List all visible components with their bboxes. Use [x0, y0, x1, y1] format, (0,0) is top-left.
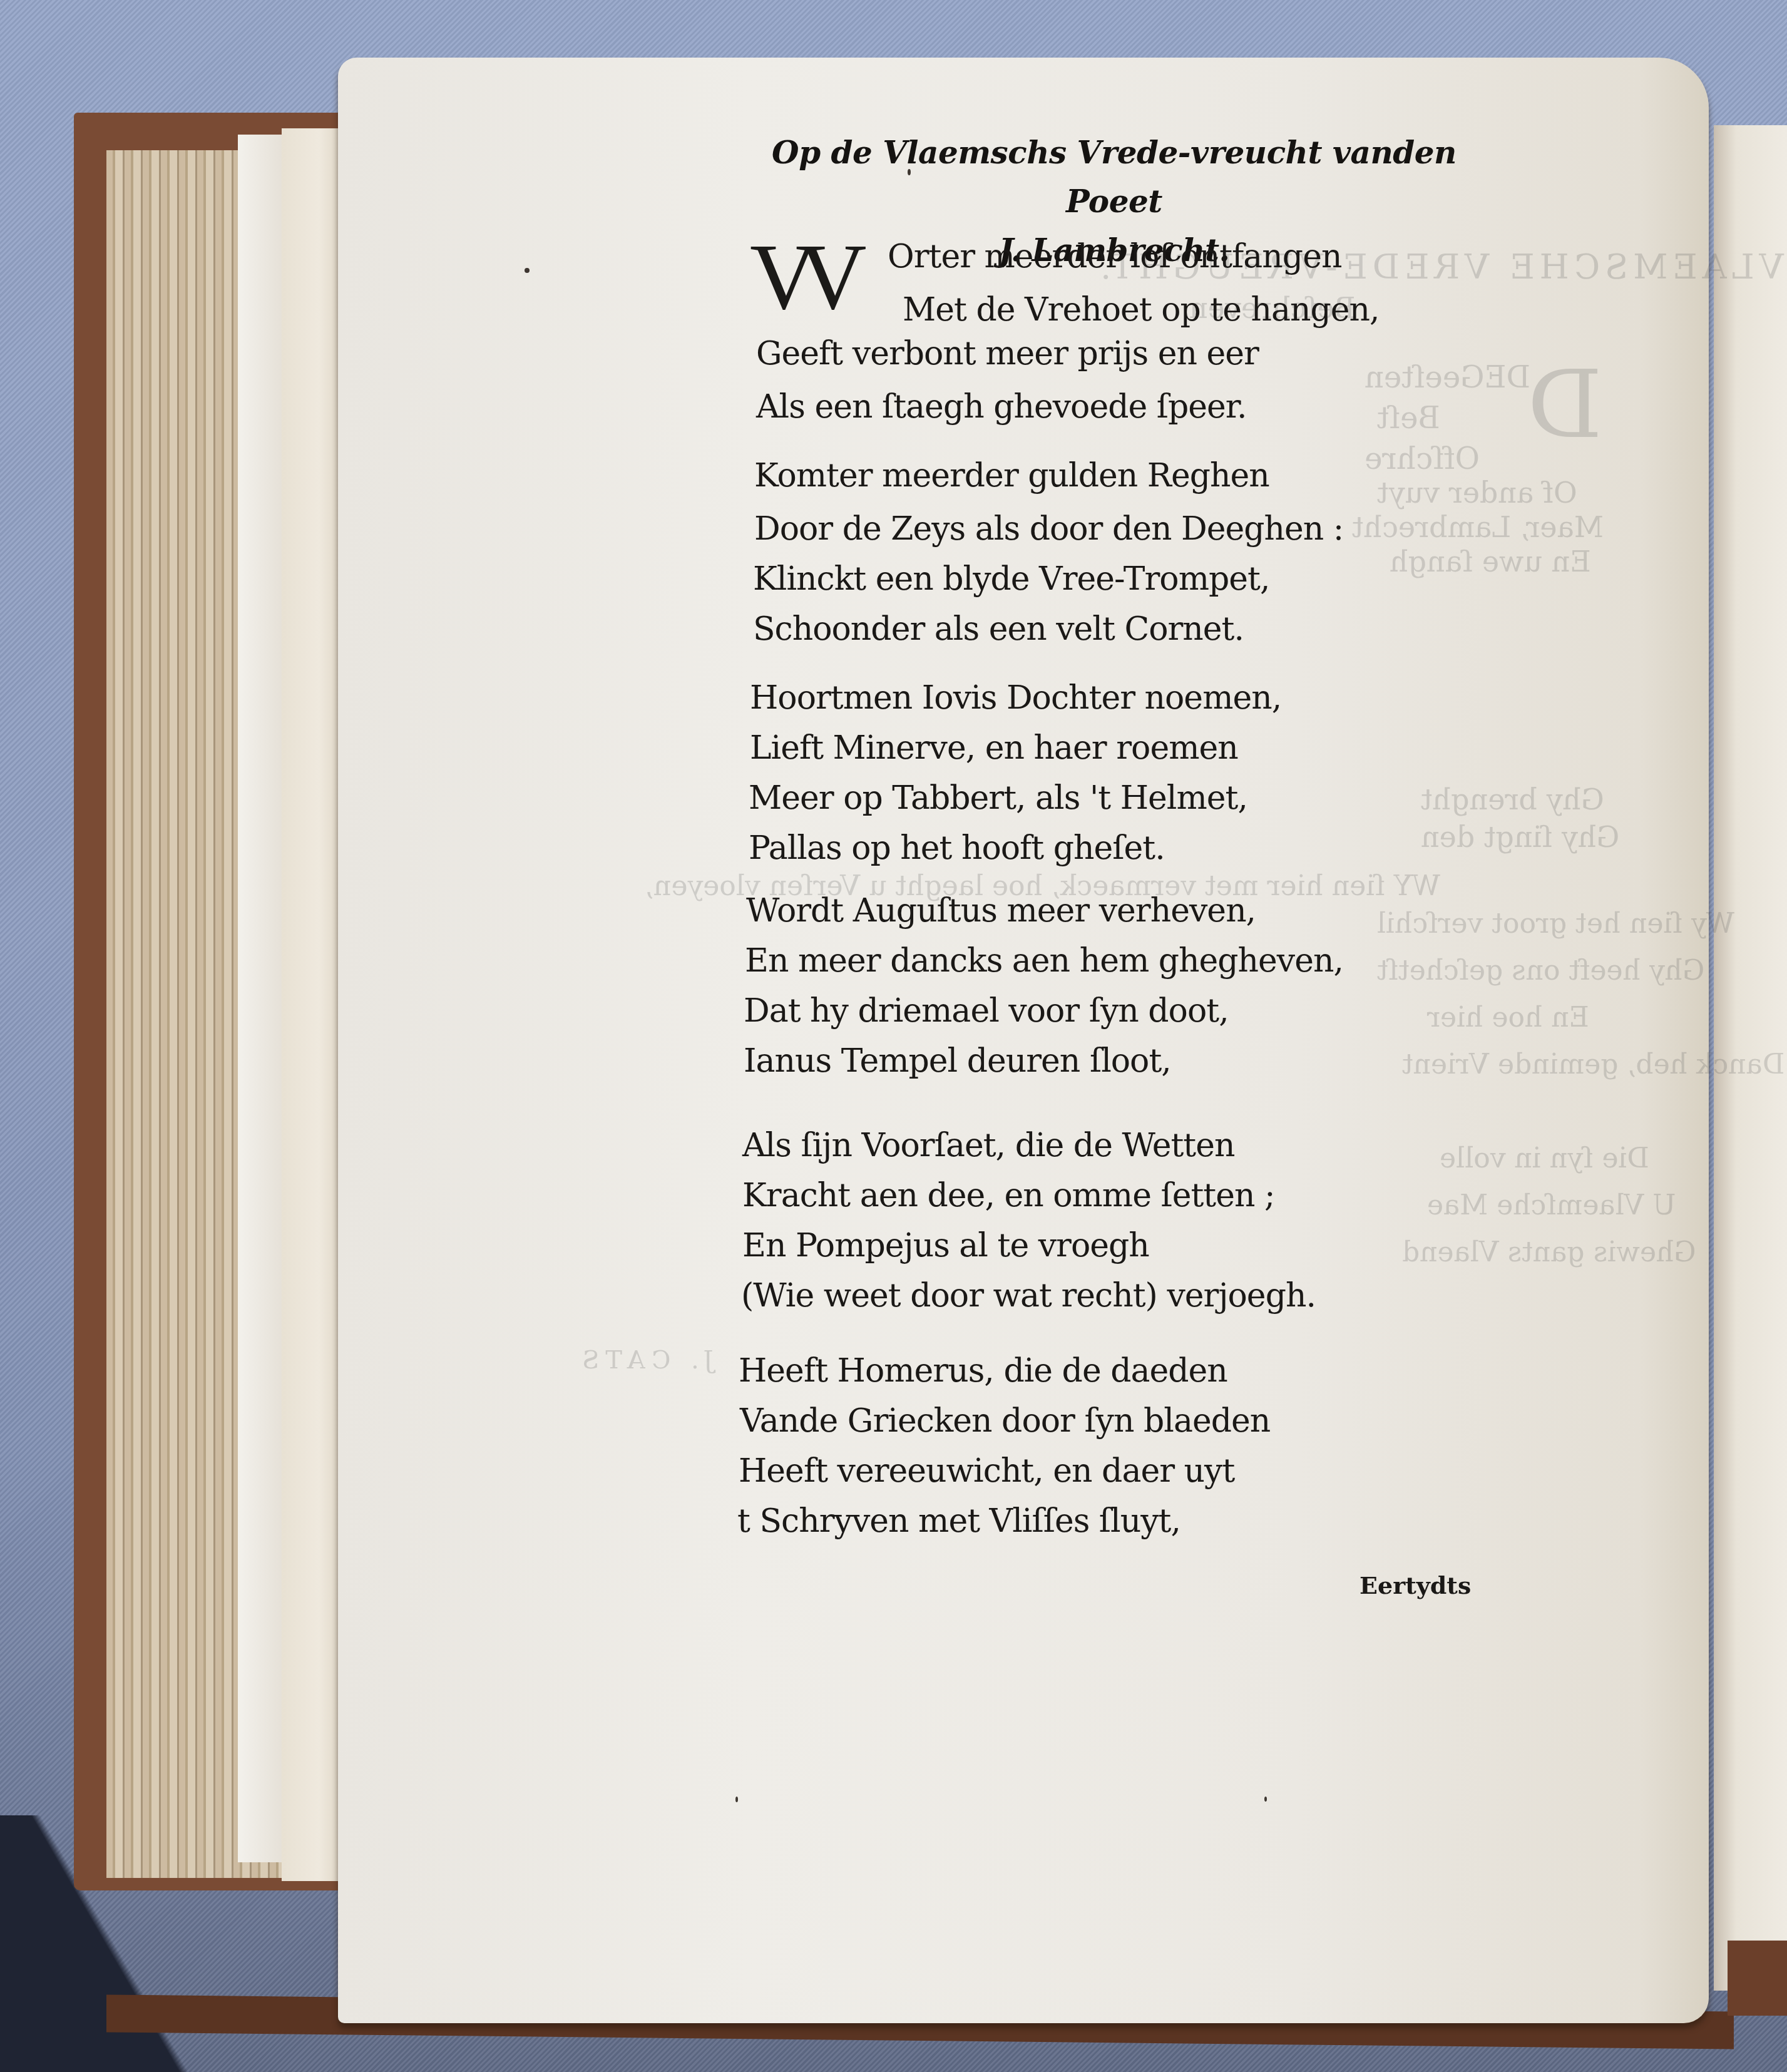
show-through-line: Ghy brenght — [1421, 782, 1604, 816]
show-through-signature: J. CATS — [576, 1346, 714, 1375]
verse-line: Klinckt een blyde Vree-Trompet, — [753, 560, 1269, 598]
show-through-line: Of ander vuyt — [1377, 476, 1577, 510]
verse-line: Vande Griecken door ſyn blaeden — [740, 1402, 1270, 1440]
show-through-line: Danck heb, geminde Vrient — [1402, 1049, 1784, 1080]
verse-line: Met de Vrehoet op te hangen, — [903, 291, 1380, 329]
verse-line: (Wie weet door wat recht) verjoegh. — [741, 1277, 1316, 1315]
verse-line: Door de Zeys als door den Deeghen : — [754, 510, 1343, 548]
show-through-line: DEGeeſten — [1365, 360, 1530, 395]
show-through-line: Wy ſien het groot verſchil — [1377, 908, 1734, 940]
show-through-line: U Vlaemſche Mae — [1427, 1189, 1676, 1221]
show-through-dropcap: D — [1527, 351, 1602, 459]
verse-line: En meer dancks aen hem ghegheven, — [745, 942, 1343, 980]
verse-line: Heeft vereeuwicht, en daer uyt — [739, 1452, 1234, 1490]
show-through-line: Ghewis gants Vlaend — [1402, 1236, 1696, 1268]
book-cover-right — [1728, 1941, 1787, 2016]
show-through-line: Ghy heeft ons geſchetſt — [1377, 955, 1704, 987]
verse-line: Hoortmen Iovis Dochter noemen, — [750, 679, 1281, 717]
verse-line: Orter meerder lof ontfangen — [888, 238, 1341, 275]
verse-line: Lieft Minerve, en haer roemen — [750, 729, 1238, 767]
verse-line: Dat hy driemael voor ſyn doot, — [744, 992, 1229, 1030]
verse-line: Als een ſtaegh ghevoede ſpeer. — [756, 388, 1247, 426]
paper-speck — [908, 169, 911, 175]
verse-line: Heeft Homerus, die de daeden — [739, 1352, 1227, 1390]
show-through-line: En uwe ſangh — [1390, 545, 1591, 578]
verse-line: Kracht aen dee, en omme ſetten ; — [742, 1177, 1275, 1214]
verse-line: En Pompejus al te vroegh — [742, 1227, 1149, 1264]
drop-cap: VV — [750, 230, 848, 324]
header-title: Op de Vlaemschs Vrede-vreucht vanden Poe… — [739, 128, 1490, 226]
verse-line: Schoonder als een velt Cornet. — [753, 610, 1244, 648]
paper-speck — [735, 1797, 738, 1802]
show-through-line: En hoe hier — [1427, 1002, 1589, 1033]
page-stack-inner — [282, 128, 344, 1881]
verse-line: Komter meerder gulden Reghen — [754, 457, 1269, 495]
verse-line: Geeft verbont meer prijs en eer — [756, 335, 1259, 372]
show-through-line: Ofſchre — [1365, 441, 1480, 476]
verse-line: Meer op Tabbert, als 't Helmet, — [749, 779, 1247, 817]
verse-line: t Schryven met Vliſſes ſluyt, — [737, 1502, 1180, 1540]
show-through-line: Die ſyn in volle — [1440, 1142, 1649, 1174]
paper-speck — [1264, 1797, 1267, 1802]
show-through-line: Maer, Lambrecht — [1352, 510, 1604, 544]
show-through-line: Beſt — [1377, 401, 1440, 436]
catchword: Eertydts — [1359, 1571, 1471, 1599]
verse-line: Ianus Tempel deuren ſloot, — [744, 1042, 1171, 1080]
verse-line: Pallas op het hooft gheſet. — [749, 829, 1165, 867]
page-stack-white-leaf — [238, 135, 282, 1862]
verse-line: Wordt Auguſtus meer verheven, — [746, 892, 1256, 930]
show-through-line: Ghy ſingt den — [1421, 820, 1619, 854]
paper-speck — [525, 268, 530, 273]
verse-line: Als ſijn Voorſaet, die de Wetten — [742, 1127, 1235, 1164]
